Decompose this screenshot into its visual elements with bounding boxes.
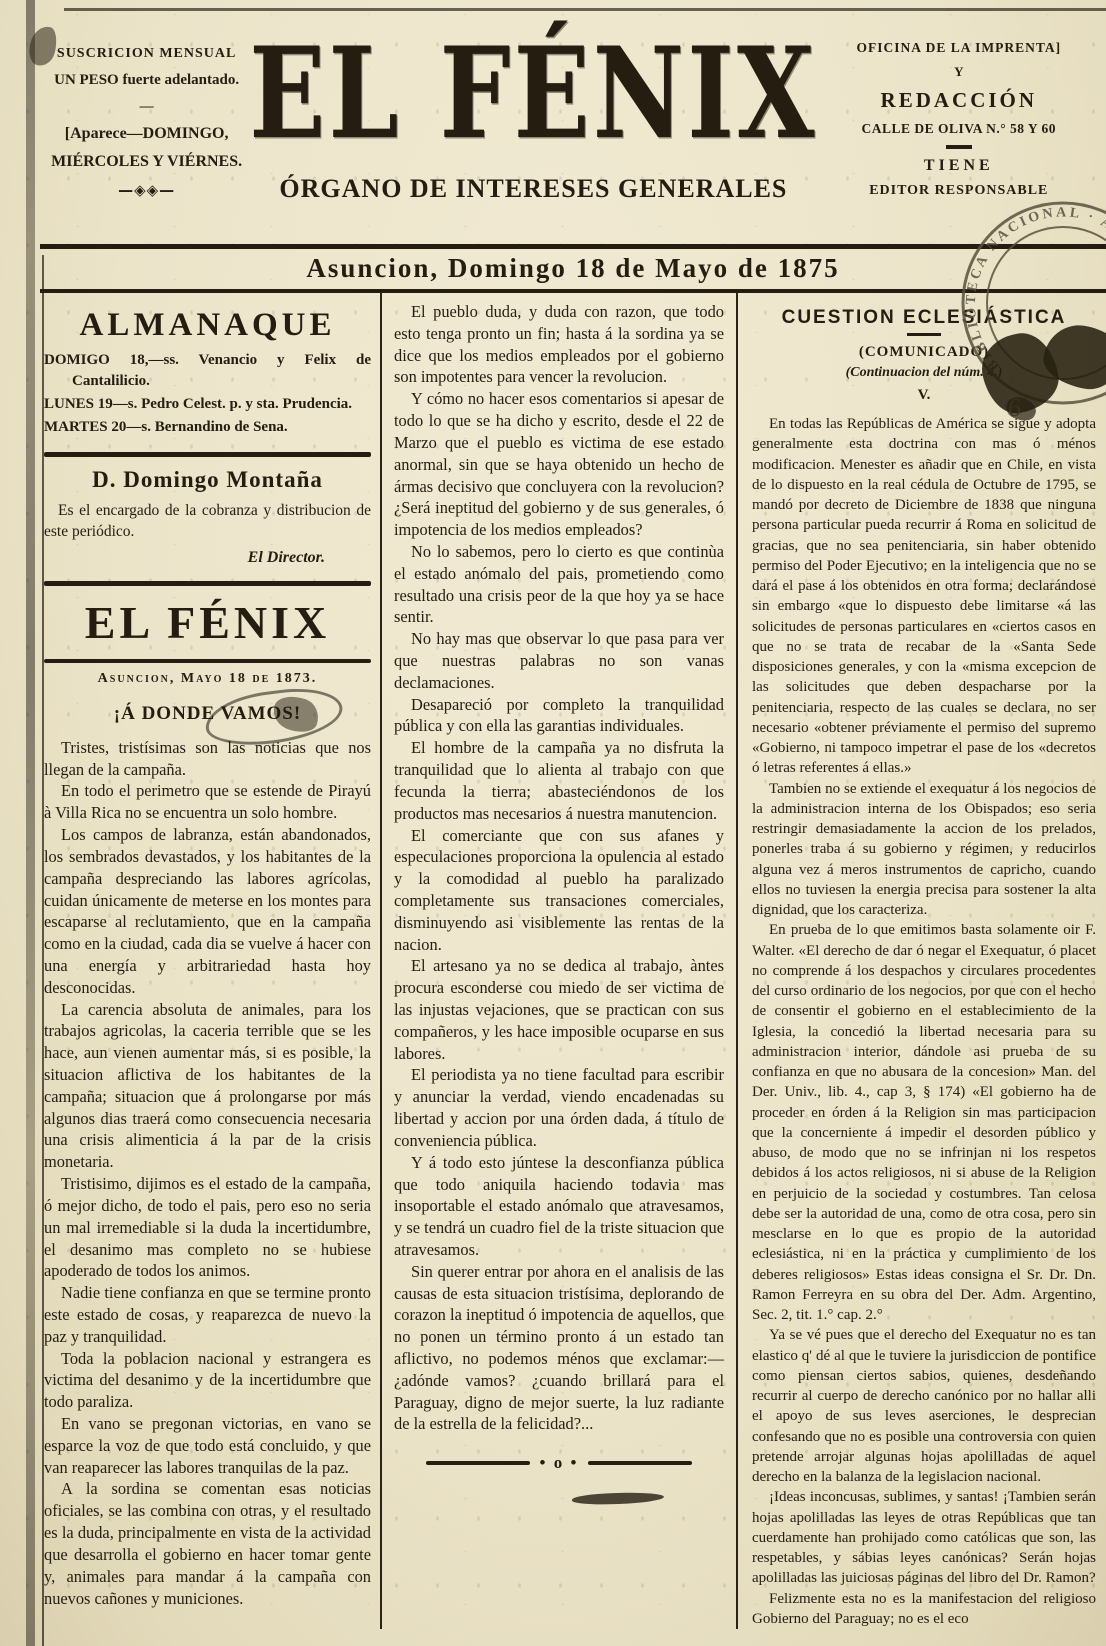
masthead: SUSCRICION MENSUAL UN PESO fuerte adelan… [0,0,1106,244]
paragraph: A la sordina se comentan esas noticias o… [44,1478,371,1609]
paragraph: MARTES 20—s. Bernandino de Sena. [44,417,371,438]
paragraph: En todo el perimetro que se estende de P… [44,780,371,824]
subscription-label: SUSCRICION MENSUAL [44,46,249,62]
top-frame-line [64,8,1106,11]
paragraph: El artesano ya no se dedica al trabajo, … [394,955,724,1064]
paragraph: Tambien no se extiende el exequatur á lo… [752,779,1096,921]
subscription-price: UN PESO fuerte adelantado. [44,72,249,89]
divider [44,581,371,586]
dateline: Asuncion, Domingo 18 de Mayo de 1875 [40,253,1106,284]
divider [44,452,371,457]
paragraph: Toda la poblacion nacional y estrangera … [44,1348,371,1413]
divider [946,145,972,149]
paragraph: El comerciante que con sus afanes y espe… [394,825,724,956]
paragraph: El pueblo duda, y duda con razon, que to… [394,301,724,388]
left-column: ALMANAQUE DOMIGO 18,—ss. Venancio y Feli… [44,293,380,1629]
masthead-right-block: OFICINA DE LA IMPRENTA] Y REDACCIÓN CALL… [818,30,1100,207]
address-line: CALLE DE OLIVA N.° 58 Y 60 [818,121,1100,137]
printer-ornament: —◈◈— [44,181,249,199]
ink-smudge [570,1492,665,1506]
middle-column: El pueblo duda, y duda con razon, que to… [380,293,738,1629]
section-dateline: Asuncion, Mayo 18 de 1873. [44,671,371,687]
paragraph: Desapareció por completo la tranquilidad… [394,694,724,738]
right-column: CUESTION ECLESIÁSTICA (COMUNICADO) (Cont… [738,293,1102,1629]
left-frame-line [42,255,44,1646]
paragraph: La carencia absoluta de animales, para l… [44,999,371,1174]
paragraph: LUNES 19—s. Pedro Celest. p. y sta. Prud… [44,394,371,415]
columns: ALMANAQUE DOMIGO 18,—ss. Venancio y Feli… [44,293,1102,1629]
paragraph: No hay mas que observar lo que pasa para… [394,628,724,693]
paragraph: Y cómo no hacer esos comentarios si apes… [394,388,724,541]
masthead-center-block: EL FÉNIX ÓRGANO DE INTERESES GENERALES [249,30,817,204]
conjunction-y: Y [818,64,1100,80]
section-masthead-title: EL FÉNIX [44,596,371,649]
paragraph: Y á todo esto júntese la desconfianza pú… [394,1152,724,1261]
paragraph: No lo sabemos, pero lo cierto es que con… [394,541,724,628]
ornament-dots: • o • [540,1453,579,1473]
print-office-label: OFICINA DE LA IMPRENTA] [818,40,1100,56]
paragraph: Los campos de labranza, están abandonado… [44,824,371,999]
newspaper-page: SUSCRICION MENSUAL UN PESO fuerte adelan… [0,0,1106,1646]
tiene-label: TIENE [818,157,1100,175]
end-ornament: • o • [394,1453,724,1473]
paragraph: Tristes, tristísimas son las noticias qu… [44,737,371,781]
divider [426,1461,530,1465]
paragraph: DOMIGO 18,—ss. Venancio y Felix de Canta… [44,350,371,392]
paragraph: En vano se pregonan victorias, en vano s… [44,1413,371,1478]
cuestion-body: En todas las Repúblicas de América se si… [752,414,1096,1629]
masthead-left-block: SUSCRICION MENSUAL UN PESO fuerte adelan… [44,30,249,209]
paragraph: El hombre de la campaña ya no disfruta l… [394,737,724,824]
paragraph: En prueba de lo que emitimos basta solam… [752,920,1096,1325]
divider [44,659,371,663]
scan-edge-shadow [26,0,35,1646]
article-heading: ¡Á DONDE VAMOS! [44,703,371,725]
divider [907,333,941,336]
notice-body: Es el encargado de la cobranza y distrib… [44,501,371,543]
divider [588,1461,692,1465]
paragraph: Felizmente esta no es la manifestacion d… [752,1589,1096,1630]
notice-signature: El Director. [44,549,325,567]
paragraph: ¡Ideas inconcusas, sublimes, y santas! ¡… [752,1487,1096,1588]
dash-ornament: — [44,99,249,115]
paragraph: El periodista ya no tiene facultad para … [394,1064,724,1151]
paragraph: Sin querer entrar por ahora en el analis… [394,1261,724,1436]
newspaper-subtitle: ÓRGANO DE INTERESES GENERALES [249,174,817,204]
publication-days-line2: MIÉRCOLES Y VIÉRNES. [44,153,249,171]
article-body: Tristes, tristísimas son las noticias qu… [44,737,371,1610]
dateline-band: Asuncion, Domingo 18 de Mayo de 1875 [40,244,1106,293]
publication-days-line1: [Aparece—DOMINGO, [44,125,249,143]
newspaper-title: EL FÉNIX [249,30,817,156]
paragraph: Tristisimo, dijimos es el estado de la c… [44,1173,371,1282]
article-body-continued: El pueblo duda, y duda con razon, que to… [394,301,724,1435]
almanaque-heading: ALMANAQUE [44,307,371,344]
notice-heading: D. Domingo Montaña [44,467,371,493]
paragraph: Nadie tiene confianza en que se termine … [44,1282,371,1347]
paragraph: Ya se vé pues que el derecho del Exequat… [752,1325,1096,1487]
paragraph: En todas las Repúblicas de América se si… [752,414,1096,779]
almanaque-entries: DOMIGO 18,—ss. Venancio y Felix de Canta… [44,350,371,438]
redaccion-label: REDACCIÓN [818,88,1100,113]
